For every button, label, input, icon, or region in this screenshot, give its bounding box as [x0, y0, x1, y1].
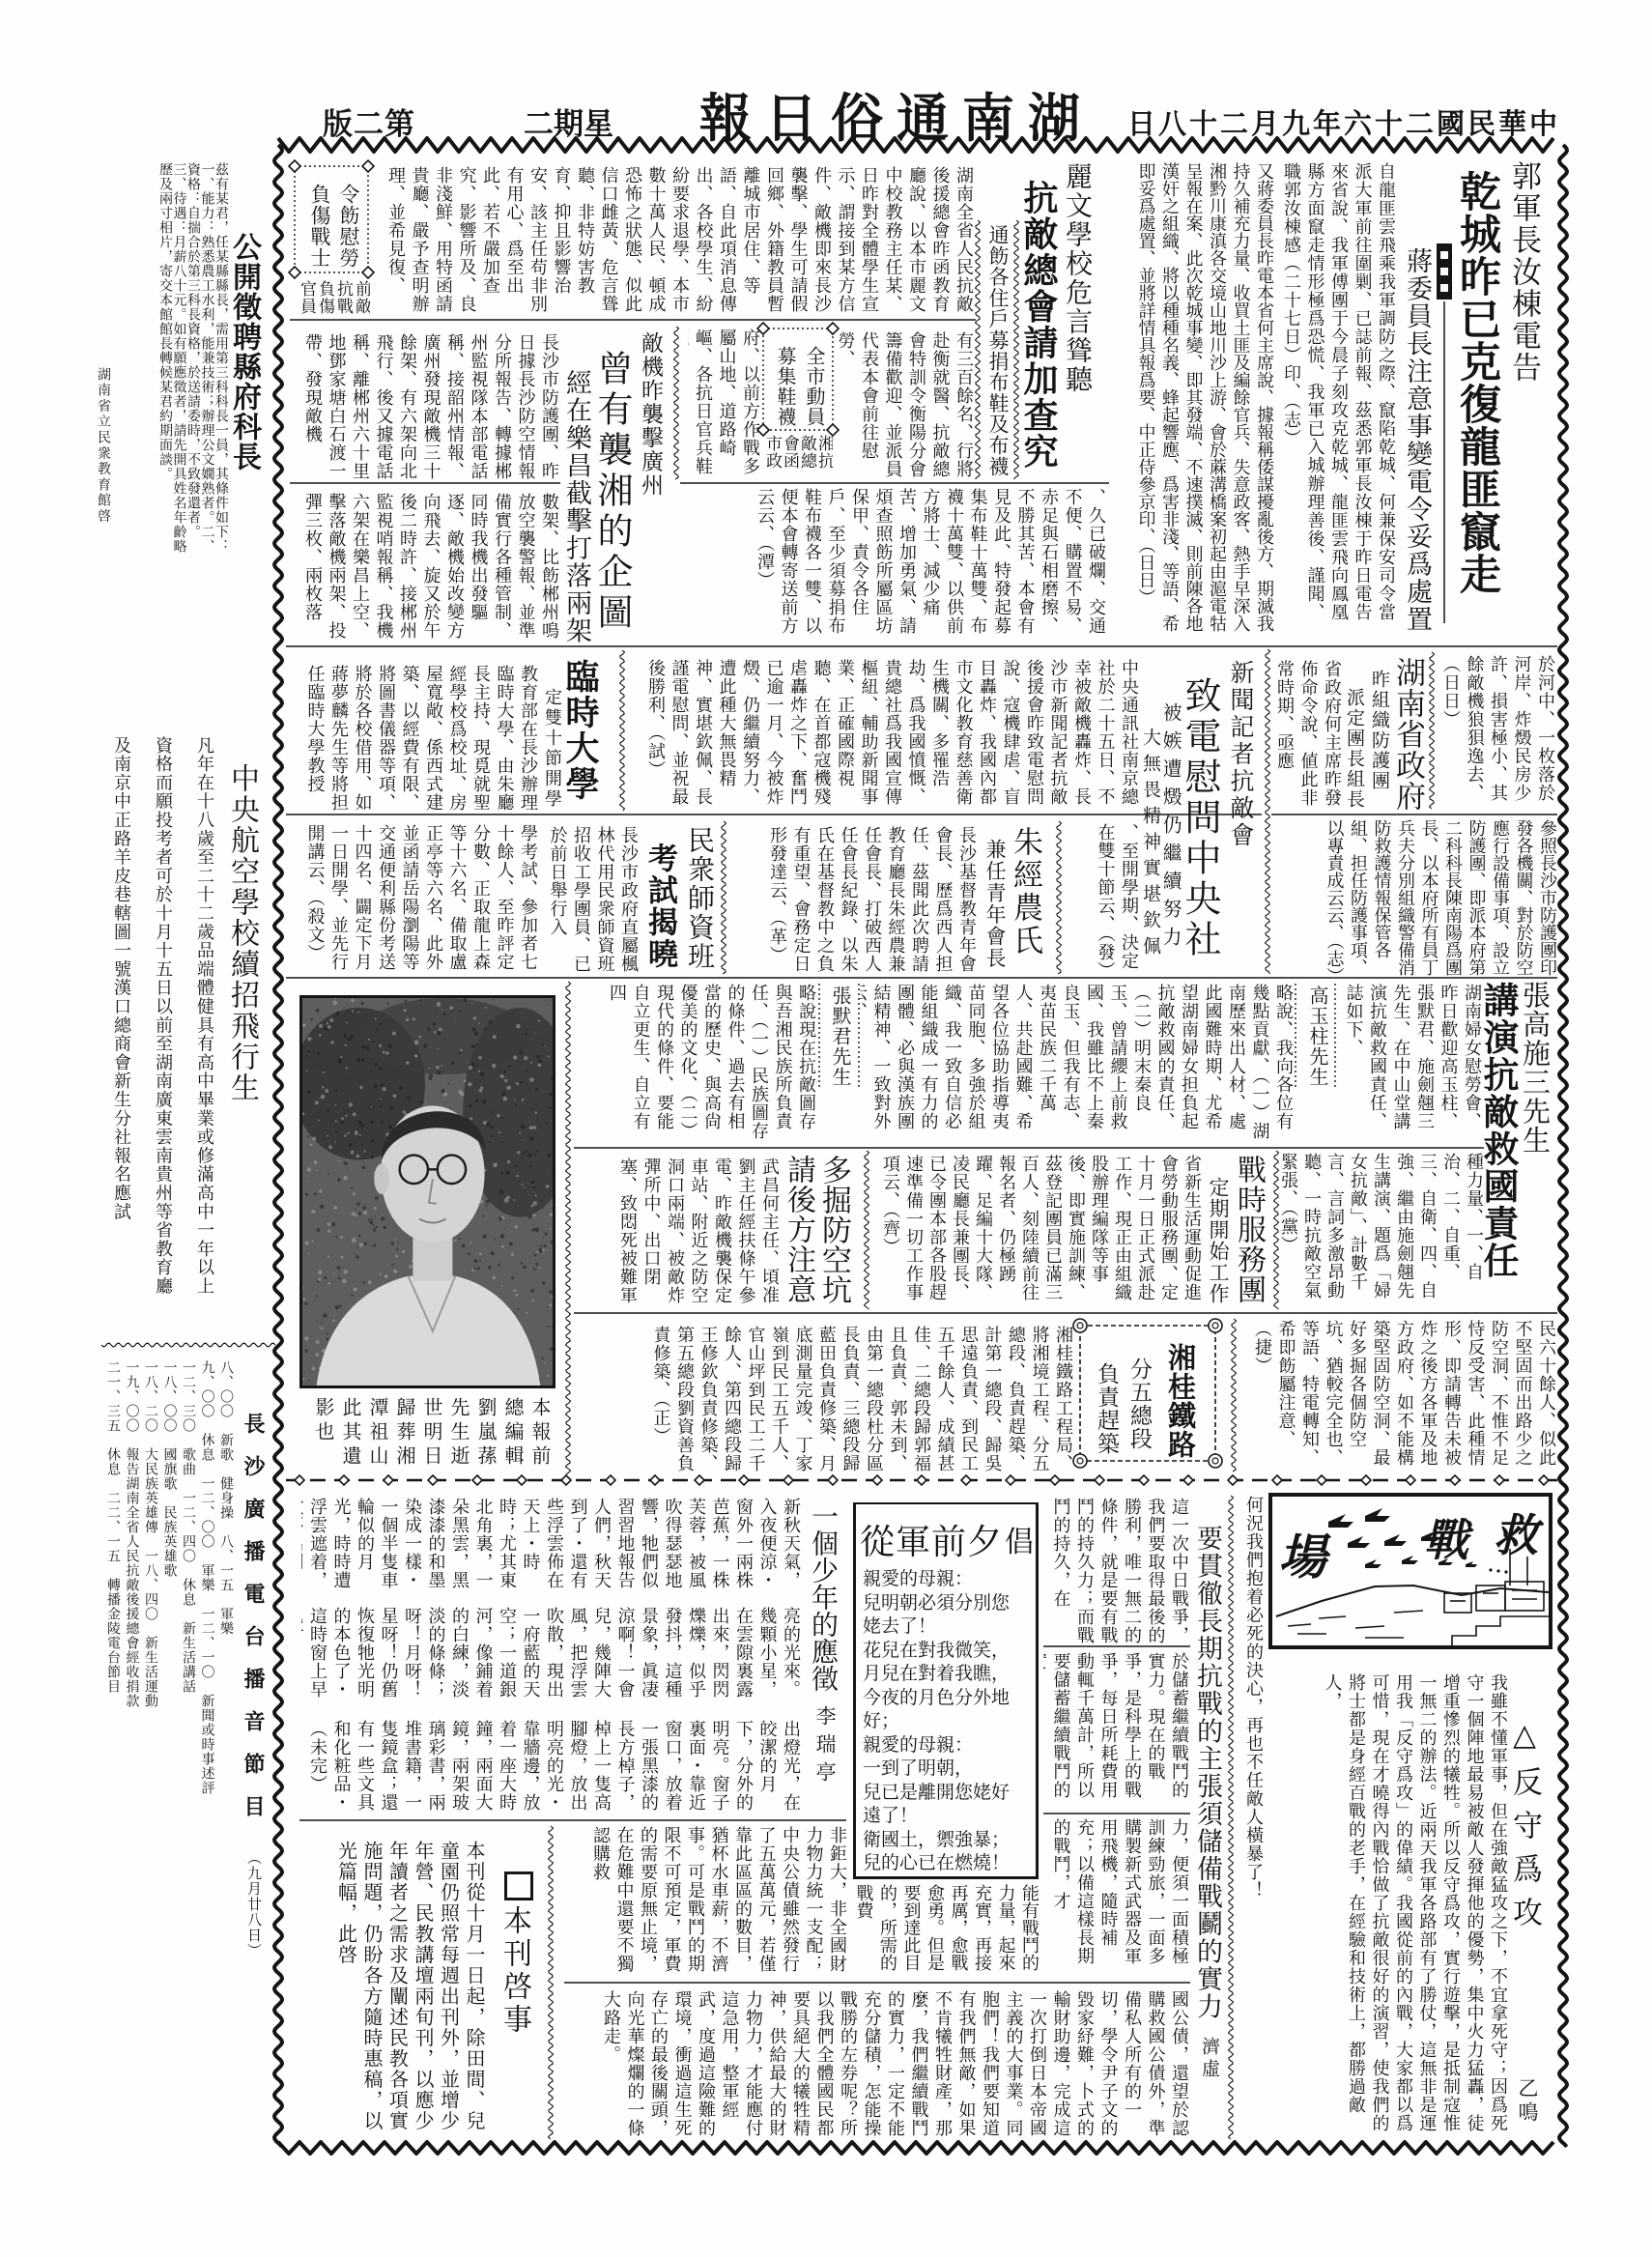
article-subhead: 被嫉遭燬仍繼續努力	[1164, 702, 1185, 968]
story-title: 一個少年的應徵	[812, 1502, 842, 1700]
article-body: 略說、我向各位有幾點貢獻、（一）湖南歷來出人材、處此國難時期、尤希望湖南婦女担負…	[860, 984, 1295, 1143]
article-body: 湘桂鐵路工程局、將湘境工程、分五總段、負責趕築、計第一總段、歸吳思遠負責、到民工…	[580, 1326, 1074, 1472]
essay-body: 於儲蓄繼續戰鬥的實力。現在的戰爭，是科學上的戰爭，每日所耗費用動輒千萬計，所以要…	[1043, 1652, 1190, 1807]
notice-body: 本刊從十月一日起，除田間、兒童園仍照常每週出刊外，並增少年營、民教講壇兩旬刊，以…	[303, 1841, 487, 2140]
article-body: 學考試、參加者七十餘人、至昨評定分數、正取龍上森等十六名、備取盧正亭等六名、此外…	[286, 824, 539, 974]
edition-label: 第二版	[319, 100, 415, 138]
illustration-title-char: 戰	[1424, 1505, 1468, 1569]
recruit-ad-signature: 湖南省立民衆教育館啓	[97, 367, 113, 531]
poem-line: 親愛的母親：	[863, 1733, 1035, 1757]
poem-line: 兒已是離開您姥好	[863, 1781, 1035, 1805]
article-subhead: 昨組織防護團	[1368, 670, 1393, 805]
article-body: 湖南全省人民抗敵後援總會昨函教育廳說、以本市麗文中校教務主任某、日昨對全體學生宣…	[371, 166, 975, 316]
schedule-column: 二一、三五 休息 二二、一五 轉播金陵電台節目	[103, 1360, 123, 2148]
essay-body: 力，便須一面積極訓練勁旅，一面多購製新式武器及軍用飛機，隨時補充；以備這樣長期的…	[1043, 1818, 1190, 1976]
article-headline: 臨時大學	[565, 659, 604, 804]
poem-title: 從軍前夕	[860, 1515, 1003, 1564]
article-headline: 經在樂昌截擊打落兩架	[562, 369, 595, 644]
article-body: 種力量、一、自治、二、自重、三、自衛、四、自強、繼由施劍翹先生講演、題爲「婦女抗…	[1276, 1153, 1485, 1305]
article-body: 民六十餘人、似此不堅固而出路少之防空洞、不惟不足恃反受害、此種情形、即請轉告未被…	[1244, 1320, 1557, 1471]
story-body: 亮的光來。幾顆小星，在雲隙裏露出來，閃閃爍爍，似乎發抖，這種景象，眞凄涼啊！一會…	[301, 1607, 802, 1700]
article-body: 略說現在抗敵圖存與吾湘民族所負責任、（一）民族圖存的條件、過去有相當的歷史、與高…	[576, 984, 817, 1143]
article-body: 於河中、一枚落於河岸、炸燬民房少許、損害極小、其餘敵機狼狽逸去、（日日）	[1437, 655, 1556, 808]
article-kicker: 郭軍長汝棟電告	[1511, 160, 1546, 392]
poem-line: 月兒在對着我瞧，	[863, 1662, 1035, 1686]
essay-title: 要貫徹長期抗戰的主張須儲備戰鬬的實力	[1195, 1525, 1226, 2027]
essay-body: 能有戰鬥的力量，起來充實，再接再厲，愈戰愈勇。但是要到達此目的，所需的戰費	[850, 1884, 1040, 1978]
poem-line: 一到了明朝，	[863, 1757, 1035, 1781]
article-subhead: 派定團長組長	[1343, 688, 1368, 814]
article-body: 長沙市政府直屬楓林代用民衆師資班招收工學團員、已於前日舉行入	[543, 826, 640, 976]
article-body: 參照長沙市防護團印發各機關、對於防空應行設備事項、設立防護團、即派本府第二科科長…	[1273, 819, 1558, 976]
poem-line: 今夜的月色分外地	[863, 1686, 1035, 1710]
article-body: 有三百餘名、行將赴衡就醫、抗敵總會特訓令衡陽分會籌備歡迎、並派員代表本會前往慰勞…	[832, 331, 975, 481]
essay-body: 這一次中日戰爭，我們要取得最後的勝利，唯一無二的條件，就是要有戰鬥的持久力；而戰…	[1043, 1498, 1190, 1644]
triangle-marker-icon: △	[1512, 1718, 1542, 1766]
article-body: 府、以前方作戰多屬山地、道路崎嶇、各抗日官兵鞋襪	[688, 329, 761, 478]
article-body: 又蔣委員長昨電本省何主席說、據報稱倭謀擾亂後方、期滅我持久補充力量、收買土匪及編…	[1109, 162, 1275, 638]
article-headline: 多掘防空坑	[821, 1155, 856, 1309]
article-body: 湘抗敵總會函市政	[763, 435, 833, 475]
article-body: 教育部在長沙辦理臨時大學、由朱廳長主持、現覓就聖經學校爲校址、房屋寬敞、係西式建…	[286, 665, 539, 814]
essay-body: 我雖不懂軍事，但在強敵猛攻之下，不宜拿死守；因爲死守一個陣地最易被敵人發揮他的優…	[1267, 1673, 1509, 2145]
schedule-column: 一九、〇〇 報告湖南全省人民抗敵後援總會經收捐款	[122, 1360, 141, 2148]
boxed-headline-line: 負傷戰士	[305, 184, 334, 271]
boxed-headline-line: 全市動員	[800, 346, 829, 431]
article-headline: 民衆師資班	[686, 826, 719, 973]
article-headline: 朱經農氏	[1014, 826, 1047, 966]
boxed-headline: 令飭慰勞 負傷戰士	[301, 184, 363, 271]
photo-caption: 本報前總編輯劉嵐蓀先生逝世明日歸葬湘潭祖山此其遺影也	[307, 1397, 554, 1472]
article-headline: 麗文學校危言聳聽	[1064, 162, 1097, 409]
article-headline: 張高施三先生	[1523, 981, 1555, 1157]
article-subhead: 兼任青年會長	[983, 839, 1010, 974]
article-headline: 曾有襲湘的企圖	[597, 350, 638, 640]
poem-line: 花兒在對我微笑，	[863, 1639, 1035, 1663]
schedule-column: 八、〇〇 新歌 健身操 八、一五 軍樂	[216, 1360, 236, 2148]
article-body: 長沙基督教青年會會長、歷爲西人担任、茲聞此次聘請教育廳長朱經農兼任會長、打破西人…	[730, 826, 978, 976]
poem-line: 衛國土，禦強暴；	[863, 1828, 1035, 1852]
recruit-ad-title: 公開徵聘縣府科長	[230, 232, 265, 473]
article-body: 自龍匪雲飛乘我軍調防之際、竄陷乾城、何兼保安司令當派大軍前往圍剿、已誌前報、茲悉…	[1275, 162, 1397, 638]
article-subhead: 負責趕築	[1094, 1362, 1123, 1459]
article-headline: 戰時服務團	[1235, 1155, 1269, 1307]
radio-program-title: 長沙廣播電台播音節目	[238, 1413, 269, 1847]
radio-program-date: （九月廿八日）	[243, 1850, 265, 1961]
article-headline: 乾城昨已克復龍匪竄走	[1457, 170, 1507, 600]
story-body: 新秋天氣，入夜便涼・窗外一兩株芭蕉，一株芙蓉，被風吹得瑟瑟地響，牠們似習習地報告…	[301, 1498, 802, 1591]
poem-line: 姥去了！	[863, 1614, 1035, 1639]
story-body: 出燈光，在皎潔的月下，分外的明亮。窗子裏面・靠近窗口，放着一張黑漆的長方棹子，棹…	[301, 1720, 802, 1814]
essay-author: 乙鳴	[1517, 2077, 1542, 2135]
essay-body: 何況我們抱着必死的決心，再也不任敵人橫暴了！	[1238, 1496, 1265, 1911]
poem-header: 從軍前夕 倡	[860, 1515, 1034, 1563]
article-subhead: 大無畏精神實堪欽佩	[1143, 728, 1164, 974]
article-headline: 敵機昨襲擊廣州	[638, 331, 667, 498]
article-kicker: 新聞記者抗敵會	[1229, 660, 1258, 853]
article-headline: 抗敵總會請加查究	[1021, 180, 1064, 474]
article-subhead: 蔣委員長注意事變電令妥爲處置	[1401, 247, 1436, 639]
newspaper-title: 湖南通俗日報	[698, 77, 1094, 145]
poem-line: 兒明朝必須分別您	[863, 1591, 1035, 1615]
poem-line: 兒的心已在燃燒！	[863, 1851, 1035, 1875]
article-body: 、至開學期、決定在雙十節云、（發）	[1063, 823, 1140, 973]
weekday-label: 星期二	[522, 100, 613, 138]
boxed-headline: 全市動員 募集鞋襪	[769, 346, 829, 431]
aviation-ad-body: 凡年在十八歲至二十二歲品端體健具有高中畢業或修滿高中一年以上資格而願投考者可於十…	[100, 736, 225, 1301]
speaker-label: 高玉柱先生	[1299, 986, 1332, 1092]
issue-date: 中華民國二十六年九月二十八日	[1111, 102, 1560, 139]
schedule-column: 一二、三〇 歌曲 一二、四〇 休息 新生活講話	[179, 1360, 198, 2148]
article-body: 湖南婦女慰勞會、昨日歡迎高玉柱、張默君、施劍翹三先生、在中山堂講演抗敵救國責任、…	[1338, 984, 1483, 1143]
essay-title: △反守爲攻	[1512, 1718, 1547, 1950]
essay-body: 國公債，還望於認購救國公債外，準備私人所有的一切，學令尹子文的毀家紓難，卜式的輸…	[564, 1990, 1190, 2141]
wire-mark-icon	[1437, 243, 1452, 300]
article-body: 、久已破爛、交通不便、購置不易、赤足與石相磨擦、不勝其苦、本會有見及此、特發起募…	[682, 488, 1107, 643]
article-body: 長沙市防護團、昨日據長沙防空情報分所報告、轉據郴州監視隊本部電話稱、接韶州情報、…	[294, 333, 560, 482]
schedule-column: 九、〇〇 休息 一二、〇〇 軍樂 一二、一〇 新聞或時事述評	[197, 1360, 216, 2148]
article-subhead: 請後方注意	[784, 1155, 819, 1309]
radio-schedule: 八、〇〇 新歌 健身操 八、一五 軍樂 九、〇〇 休息 一二、〇〇 軍樂 一二、…	[100, 1360, 235, 2148]
notice-title: 本刊啓事	[502, 1905, 535, 2041]
aviation-ad-title: 中央航空學校續招飛行生	[228, 763, 263, 1116]
illustration-title-char: 救	[1494, 1500, 1538, 1564]
essay-body: 非鉅大，非全國財力物力統一支配；中央公債雖然發行了五萬萬元，若僅靠此區區的數目，…	[564, 1826, 848, 1977]
illustration-title-char: 場	[1278, 1519, 1326, 1588]
story-author: 李瑞亭	[816, 1705, 840, 1792]
speaker-label: 張默君先生	[822, 986, 855, 1092]
article-subhead: 考試揭曉	[645, 843, 682, 974]
newspaper-page: 第二版 星期二 湖南通俗日報 中華民國二十六年九月二十八日 公開徵聘縣府科長 茲…	[0, 0, 1652, 2257]
article-body: 前敵抗戰負傷官員	[295, 280, 370, 319]
article-headline: 通飭各住戶募捐布鞋及布襪	[983, 224, 1012, 479]
poem-author: 倡	[1005, 1518, 1034, 1560]
article-body: 省政府何主席昨發佈命令說、値此非常時期、亟應	[1271, 660, 1343, 810]
article-body: 數架、比飭郴州鳴放空襲警報、並準備實行各種管制、同時我機出發驅逐、敵機始改變方向…	[294, 493, 560, 643]
article-headline: 講演抗敵救國責任	[1484, 982, 1524, 1283]
schedule-column: 一八、二〇 大民族英雄傳 一八、四〇 新生活運動	[141, 1360, 160, 2148]
article-body: 武昌何主任、頃准劉主任經扶條午參電、昨敵機襲保定車站、附近之防空洞口兩端、被敵炸…	[576, 1157, 781, 1308]
article-body: 中央通訊社南京總社於二十五日、不幸被敵機轟炸、長沙市新聞記者抗敵後援會昨致電慰問…	[626, 659, 1140, 812]
essay-author: 濟虛	[1202, 2037, 1223, 2083]
recruit-ad-body: 茲有某君，任某縣縣長，需用第三科科長一員，其條件如下：一、能力：熟悉農工水利，能…	[114, 162, 228, 558]
article-headline: 湖南省政府	[1395, 657, 1430, 812]
article-headline: 湘桂鐵路	[1162, 1343, 1201, 1461]
poem-body: 親愛的母親： 兒明朝必須分別您 姥去了！ 花兒在對我微笑， 月兒在對着我瞧， 今…	[863, 1567, 1035, 1876]
article-subhead: 定期開始工作	[1206, 1177, 1233, 1310]
article-subhead: 定雙十節開學	[543, 688, 564, 812]
boxed-headline-line: 令飭慰勞	[334, 184, 363, 271]
boxed-headline-line: 募集鞋襪	[771, 346, 800, 431]
essay-title-text: 反守爲攻	[1512, 1766, 1542, 1940]
article-headline: 致電慰問中央社	[1184, 676, 1227, 966]
box-icon	[504, 1871, 533, 1900]
poem-line: 親愛的母親：	[863, 1567, 1035, 1591]
portrait-photo	[299, 995, 555, 1388]
poem-line: 遠了！	[863, 1804, 1035, 1828]
article-subhead: 分五總段	[1126, 1357, 1155, 1454]
schedule-column: 一八、〇〇 國旗歌 民族英雄歌	[159, 1360, 179, 2148]
poem-line: 好；	[863, 1709, 1035, 1733]
article-body: 省新生活運動促進會勞動服務團、定十月一日正式派赴工作、現正由組織股辦理編隊等事後…	[874, 1155, 1203, 1307]
